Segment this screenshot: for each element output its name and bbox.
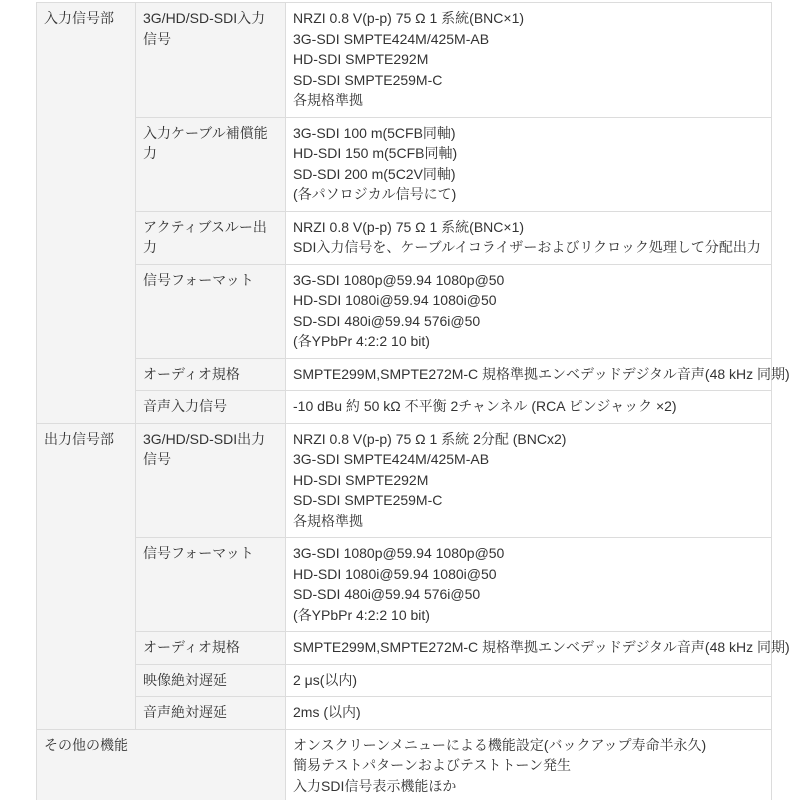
- spec-value-cell: NRZI 0.8 V(p-p) 75 Ω 1 系統 2分配 (BNCx2)3G-…: [286, 423, 772, 538]
- spec-value-line: HD-SDI 1080i@59.94 1080i@50: [293, 290, 761, 311]
- spec-row: 音声絶対遅延2ms (以内): [37, 697, 772, 730]
- spec-value-cell: 3G-SDI 100 m(5CFB同軸)HD-SDI 150 m(5CFB同軸)…: [286, 117, 772, 211]
- spec-value-line: 3G-SDI 1080p@59.94 1080p@50: [293, 543, 761, 564]
- spec-row: アクティブスルー出力NRZI 0.8 V(p-p) 75 Ω 1 系統(BNC×…: [37, 211, 772, 264]
- spec-row: 信号フォーマット3G-SDI 1080p@59.94 1080p@50HD-SD…: [37, 264, 772, 358]
- spec-table-body: 入力信号部3G/HD/SD-SDI入力信号NRZI 0.8 V(p-p) 75 …: [37, 3, 772, 800]
- spec-value-line: (各YPbPr 4:2:2 10 bit): [293, 331, 761, 352]
- spec-item-cell: アクティブスルー出力: [136, 211, 286, 264]
- spec-value-line: HD-SDI 150 m(5CFB同軸): [293, 143, 761, 164]
- spec-value-cell: -10 dBu 約 50 kΩ 不平衡 2チャンネル (RCA ピンジャック ×…: [286, 391, 772, 424]
- spec-row: その他の機能オンスクリーンメニューによる機能設定(バックアップ寿命半永久)簡易テ…: [37, 729, 772, 800]
- spec-value-cell: オンスクリーンメニューによる機能設定(バックアップ寿命半永久)簡易テストパターン…: [286, 729, 772, 800]
- spec-value-cell: NRZI 0.8 V(p-p) 75 Ω 1 系統(BNC×1)SDI入力信号を…: [286, 211, 772, 264]
- spec-value-line: -10 dBu 約 50 kΩ 不平衡 2チャンネル (RCA ピンジャック ×…: [293, 396, 761, 417]
- spec-row: 入力ケーブル補償能力3G-SDI 100 m(5CFB同軸)HD-SDI 150…: [37, 117, 772, 211]
- spec-value-line: (各YPbPr 4:2:2 10 bit): [293, 605, 761, 626]
- spec-item-cell: 3G/HD/SD-SDI出力信号: [136, 423, 286, 538]
- spec-value-line: SMPTE299M,SMPTE272M-C 規格準拠エンベデッドデジタル音声(4…: [293, 364, 761, 385]
- spec-value-line: 入力SDI信号表示機能ほか: [293, 776, 761, 797]
- category-cell: 入力信号部: [37, 3, 136, 424]
- spec-value-line: 3G-SDI SMPTE424M/425M-AB: [293, 29, 761, 50]
- category-cell: その他の機能: [37, 729, 286, 800]
- spec-value-line: 3G-SDI SMPTE424M/425M-AB: [293, 449, 761, 470]
- spec-value-line: SDI入力信号を、ケーブルイコライザーおよびリクロック処理して分配出力: [293, 237, 761, 258]
- spec-value-line: SMPTE299M,SMPTE272M-C 規格準拠エンベデッドデジタル音声(4…: [293, 637, 761, 658]
- spec-value-cell: 2 μs(以内): [286, 664, 772, 697]
- spec-value-cell: SMPTE299M,SMPTE272M-C 規格準拠エンベデッドデジタル音声(4…: [286, 358, 772, 391]
- spec-value-line: オンスクリーンメニューによる機能設定(バックアップ寿命半永久): [293, 735, 761, 756]
- spec-item-cell: オーディオ規格: [136, 632, 286, 665]
- spec-value-line: SD-SDI 480i@59.94 576i@50: [293, 311, 761, 332]
- spec-item-cell: 音声入力信号: [136, 391, 286, 424]
- spec-value-line: NRZI 0.8 V(p-p) 75 Ω 1 系統(BNC×1): [293, 217, 761, 238]
- spec-value-line: SD-SDI SMPTE259M-C: [293, 70, 761, 91]
- spec-value-line: 3G-SDI 1080p@59.94 1080p@50: [293, 270, 761, 291]
- spec-value-line: 2ms (以内): [293, 702, 761, 723]
- spec-row: 出力信号部3G/HD/SD-SDI出力信号NRZI 0.8 V(p-p) 75 …: [37, 423, 772, 538]
- spec-value-cell: 3G-SDI 1080p@59.94 1080p@50HD-SDI 1080i@…: [286, 538, 772, 632]
- spec-value-line: 3G-SDI 100 m(5CFB同軸): [293, 123, 761, 144]
- spec-row: 信号フォーマット3G-SDI 1080p@59.94 1080p@50HD-SD…: [37, 538, 772, 632]
- spec-row: オーディオ規格SMPTE299M,SMPTE272M-C 規格準拠エンベデッドデ…: [37, 632, 772, 665]
- spec-item-cell: 信号フォーマット: [136, 264, 286, 358]
- spec-item-cell: 音声絶対遅延: [136, 697, 286, 730]
- spec-item-cell: 入力ケーブル補償能力: [136, 117, 286, 211]
- spec-value-line: 各規格準拠: [293, 511, 761, 532]
- spec-value-line: HD-SDI SMPTE292M: [293, 470, 761, 491]
- spec-value-line: HD-SDI SMPTE292M: [293, 49, 761, 70]
- spec-row: 入力信号部3G/HD/SD-SDI入力信号NRZI 0.8 V(p-p) 75 …: [37, 3, 772, 118]
- spec-value-line: SD-SDI 200 m(5C2V同軸): [293, 164, 761, 185]
- spec-item-cell: 3G/HD/SD-SDI入力信号: [136, 3, 286, 118]
- spec-value-cell: 2ms (以内): [286, 697, 772, 730]
- category-cell: 出力信号部: [37, 423, 136, 729]
- spec-value-cell: 3G-SDI 1080p@59.94 1080p@50HD-SDI 1080i@…: [286, 264, 772, 358]
- spec-value-line: SD-SDI 480i@59.94 576i@50: [293, 584, 761, 605]
- spec-value-line: NRZI 0.8 V(p-p) 75 Ω 1 系統(BNC×1): [293, 8, 761, 29]
- spec-value-line: SD-SDI SMPTE259M-C: [293, 490, 761, 511]
- spec-value-cell: SMPTE299M,SMPTE272M-C 規格準拠エンベデッドデジタル音声(4…: [286, 632, 772, 665]
- spec-item-cell: 映像絶対遅延: [136, 664, 286, 697]
- spec-item-cell: オーディオ規格: [136, 358, 286, 391]
- spec-item-cell: 信号フォーマット: [136, 538, 286, 632]
- spec-row: オーディオ規格SMPTE299M,SMPTE272M-C 規格準拠エンベデッドデ…: [37, 358, 772, 391]
- spec-value-line: 簡易テストパターンおよびテストトーン発生: [293, 755, 761, 776]
- spec-value-line: 2 μs(以内): [293, 670, 761, 691]
- spec-value-line: HD-SDI 1080i@59.94 1080i@50: [293, 564, 761, 585]
- spec-page: 入力信号部3G/HD/SD-SDI入力信号NRZI 0.8 V(p-p) 75 …: [0, 0, 800, 800]
- spec-value-line: NRZI 0.8 V(p-p) 75 Ω 1 系統 2分配 (BNCx2): [293, 429, 761, 450]
- spec-row: 映像絶対遅延2 μs(以内): [37, 664, 772, 697]
- spec-value-cell: NRZI 0.8 V(p-p) 75 Ω 1 系統(BNC×1)3G-SDI S…: [286, 3, 772, 118]
- spec-table: 入力信号部3G/HD/SD-SDI入力信号NRZI 0.8 V(p-p) 75 …: [36, 2, 772, 800]
- spec-row: 音声入力信号-10 dBu 約 50 kΩ 不平衡 2チャンネル (RCA ピン…: [37, 391, 772, 424]
- spec-value-line: 各規格準拠: [293, 90, 761, 111]
- spec-value-line: (各パソロジカル信号にて): [293, 184, 761, 205]
